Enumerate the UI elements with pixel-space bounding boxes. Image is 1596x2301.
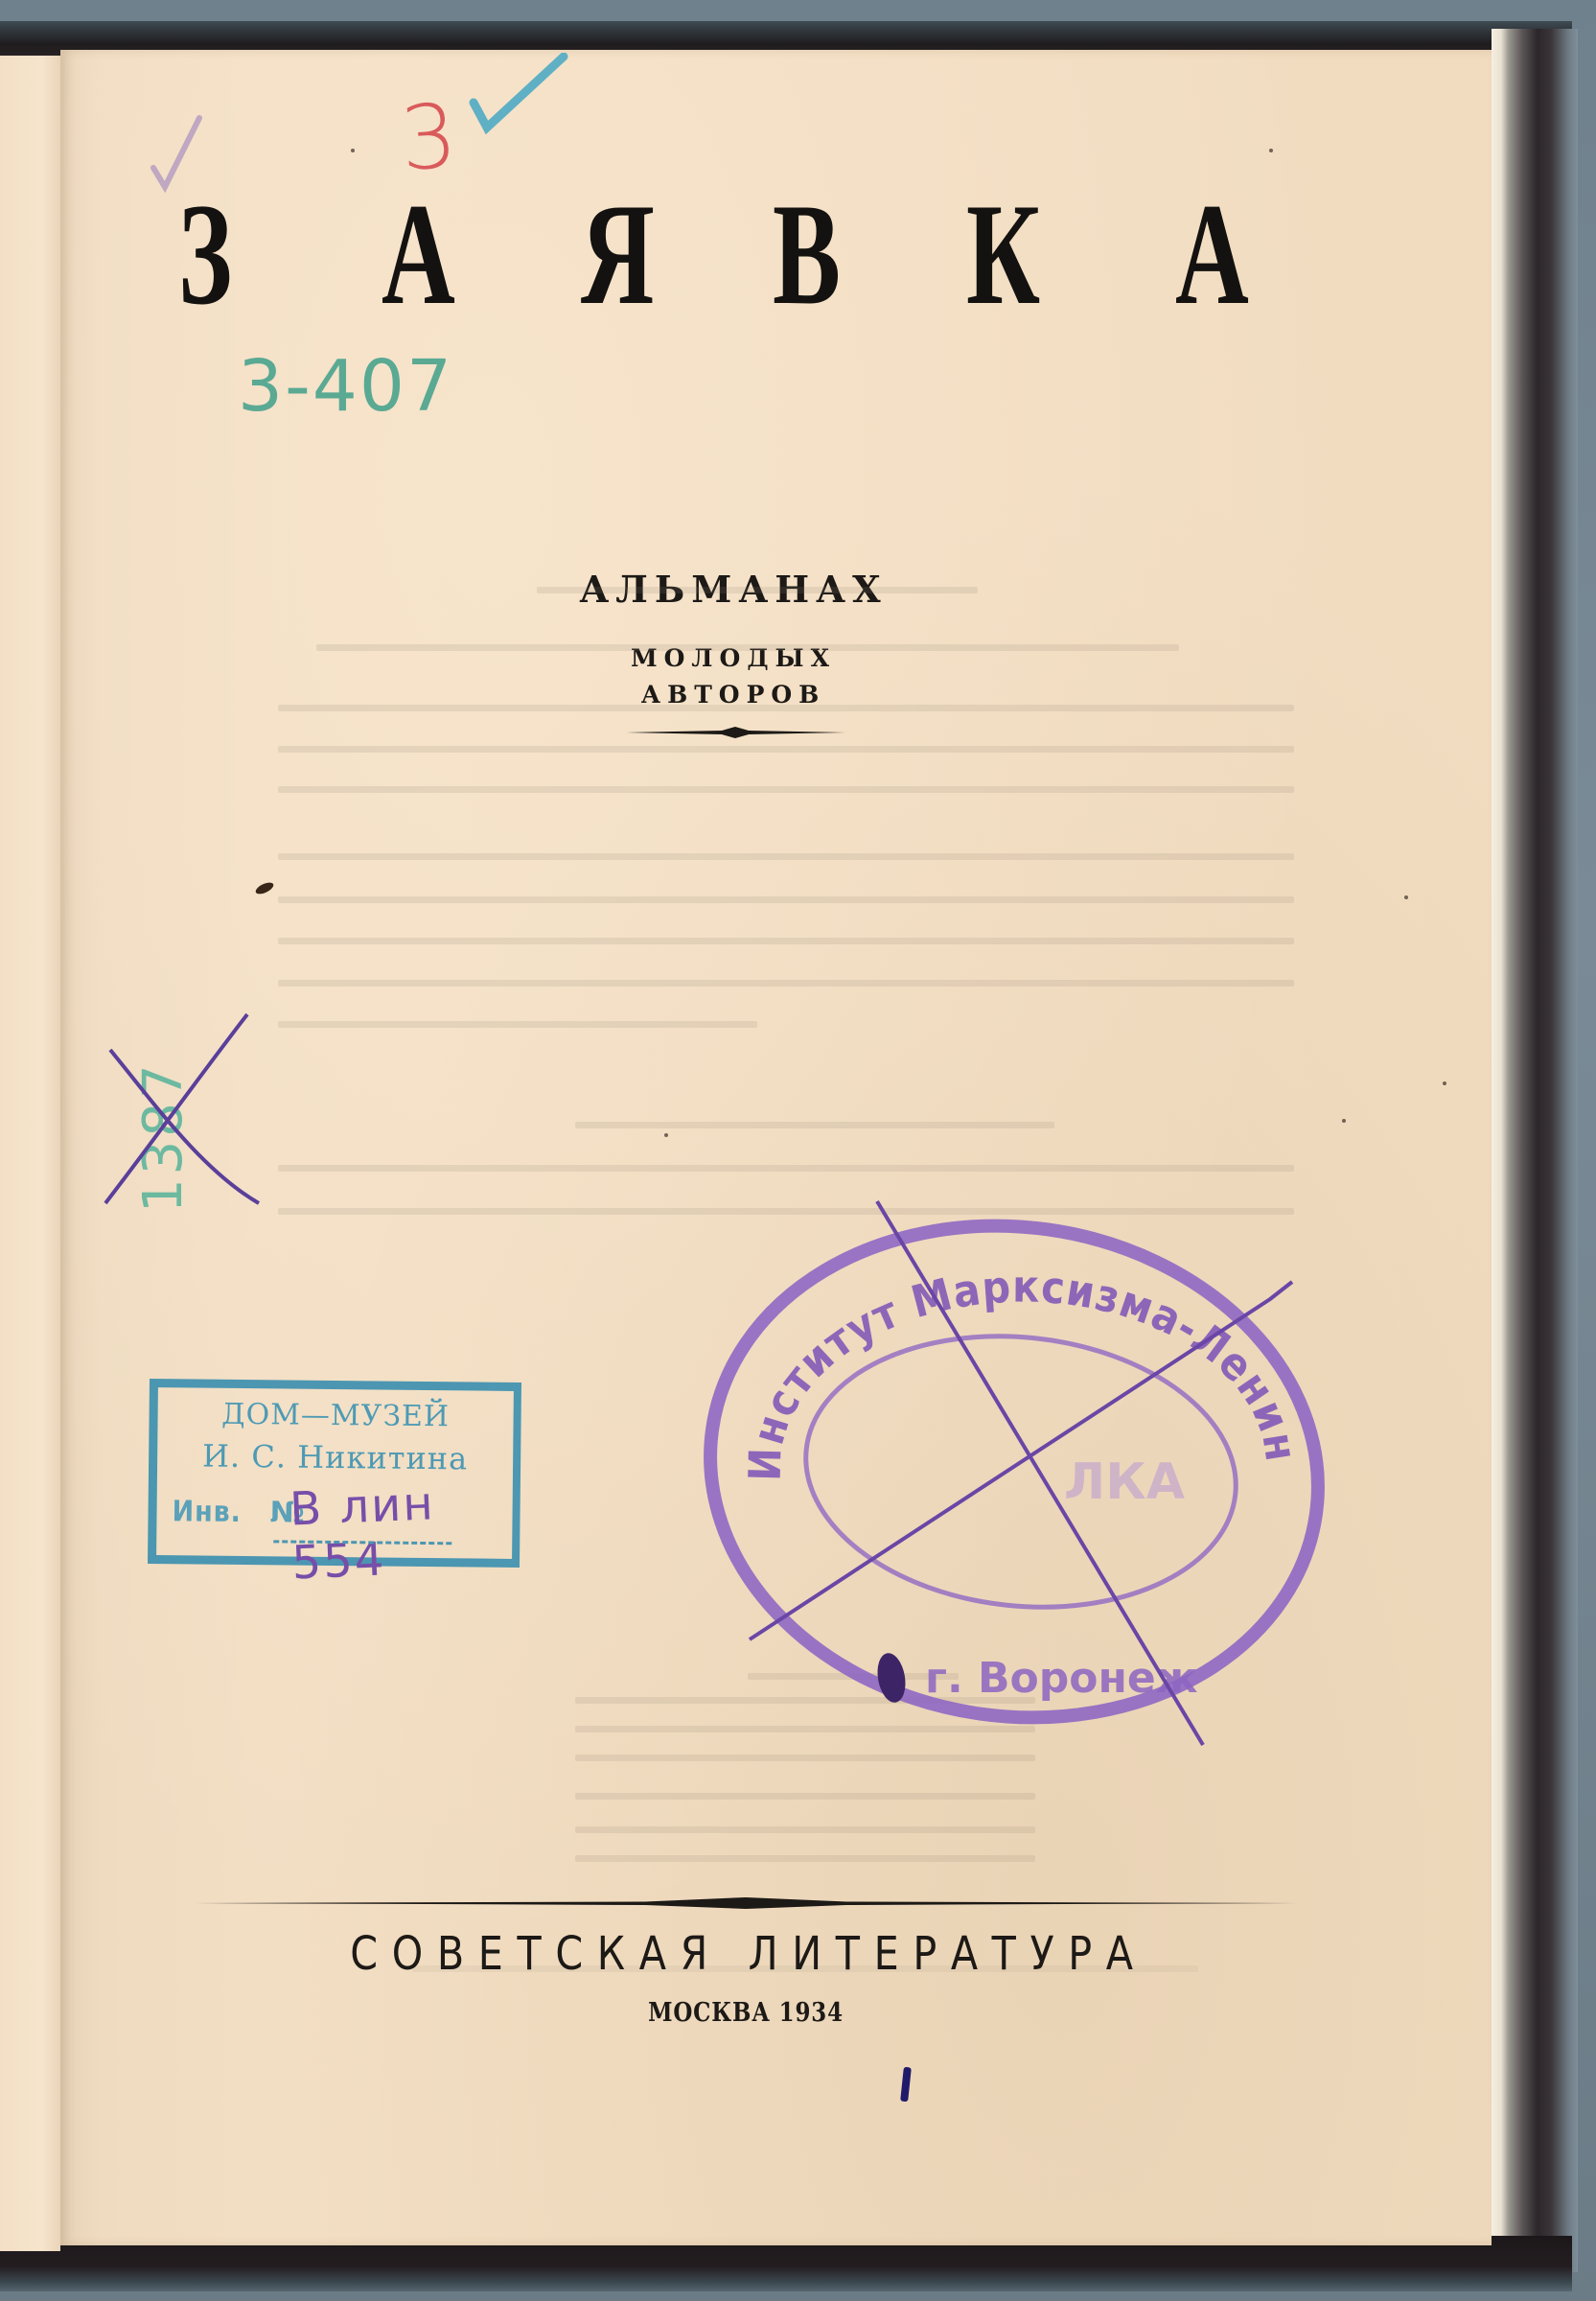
stamp-inv-label: Инв. — [172, 1495, 242, 1529]
green-shelfmark: 3-407 — [238, 345, 453, 428]
stamp-bottom-text: г. Воронеж — [925, 1654, 1198, 1703]
cross-out-mark-icon — [96, 1007, 268, 1227]
paper-speck — [1342, 1119, 1346, 1123]
imprint-city-year: МОСКВА 1934 — [617, 1998, 875, 2028]
title-letter: В — [773, 192, 841, 316]
stamp-center-text: ЛКА — [1064, 1453, 1185, 1511]
title-letter: А — [382, 192, 455, 316]
title-letter: Я — [581, 192, 655, 316]
paper-speck — [1443, 1081, 1446, 1085]
blue-check-icon — [468, 53, 573, 144]
stamp-inventory-number: В лин 554 — [289, 1474, 514, 1591]
ornamental-rule — [195, 1896, 1298, 1910]
title-letter: З — [178, 192, 232, 316]
institute-oval-stamp: Институт Марксизма-Ленинизма ЦЧО г. Воро… — [690, 1194, 1342, 1750]
stamp-museum-line: ДОМ—МУЗЕЙ — [157, 1397, 513, 1434]
book-cover-right-edge — [1492, 29, 1578, 2272]
museum-inventory-stamp: ДОМ—МУЗЕЙ И. С. Никитина Инв. № В лин 55… — [148, 1379, 521, 1568]
title-letter: К — [966, 192, 1040, 316]
title-letter: А — [1175, 192, 1249, 316]
book-title: З А Я В К А — [178, 192, 1290, 316]
paper-speck — [351, 149, 355, 152]
facing-page-edge — [0, 56, 60, 2251]
stamp-name-line: И. С. Никитина — [157, 1437, 513, 1477]
paper-speck — [1269, 149, 1273, 152]
publisher-name: СОВЕТСКАЯ ЛИТЕРАТУРА — [266, 1927, 1231, 1981]
paper-speck — [1404, 895, 1408, 899]
ornamental-rule — [626, 727, 845, 738]
paper-speck — [664, 1133, 668, 1137]
